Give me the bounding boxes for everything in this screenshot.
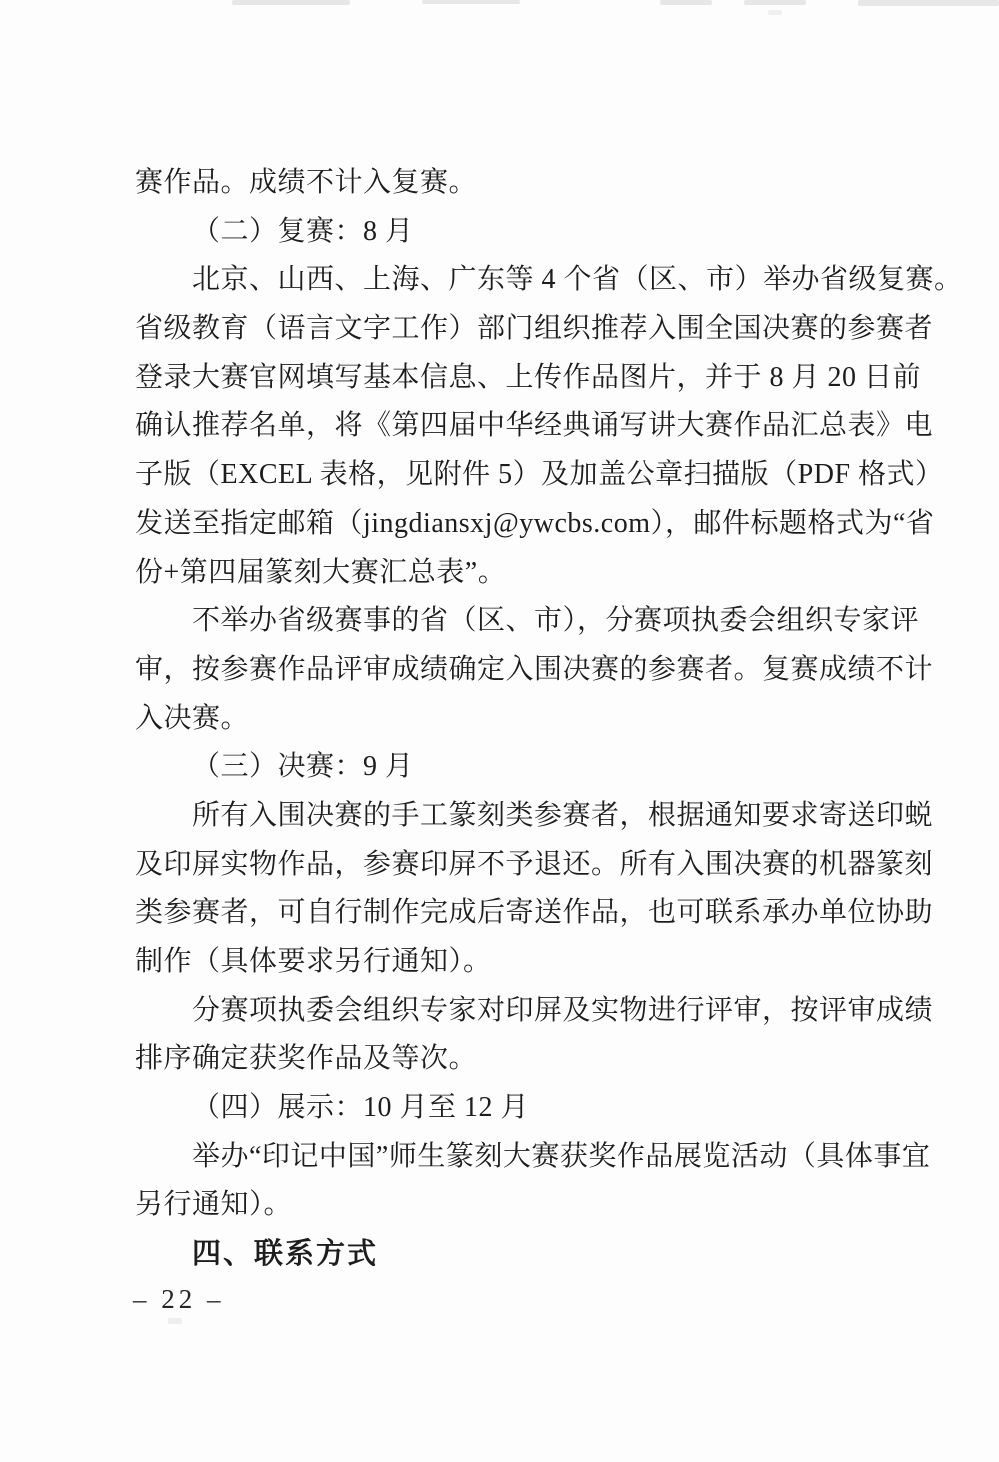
text-line: 所有入围决赛的手工篆刻类参赛者，根据通知要求寄送印蜕 <box>135 792 935 841</box>
scan-artifact <box>858 0 999 6</box>
text-line: 排序确定获奖作品及等次。 <box>135 1035 935 1084</box>
text-line: 省级教育（语言文字工作）部门组织推荐入围全国决赛的参赛者 <box>135 305 935 354</box>
text-line: 确认推荐名单，将《第四届中华经典诵写讲大赛作品汇总表》电 <box>135 402 935 451</box>
page-number: – 22 – <box>133 1284 225 1315</box>
scan-artifact <box>422 0 520 4</box>
text-line: 另行通知）。 <box>135 1181 935 1230</box>
text-line: （二）复赛：8 月 <box>135 208 935 257</box>
scan-artifact <box>168 1318 182 1324</box>
text-line: 审，按参赛作品评审成绩确定入围决赛的参赛者。复赛成绩不计 <box>135 646 935 695</box>
scan-artifact <box>232 0 350 5</box>
text-line: 类参赛者，可自行制作完成后寄送作品，也可联系承办单位协助 <box>135 889 935 938</box>
text-line: 举办“印记中国”师生篆刻大赛获奖作品展览活动（具体事宜 <box>135 1133 935 1182</box>
text-line: 不举办省级赛事的省（区、市），分赛项执委会组织专家评 <box>135 597 935 646</box>
document-body: 赛作品。成绩不计入复赛。 （二）复赛：8 月 北京、山西、上海、广东等 4 个省… <box>135 159 935 1279</box>
text-line: （三）决赛：9 月 <box>135 743 935 792</box>
text-line: 及印屏实物作品，参赛印屏不予退还。所有入围决赛的机器篆刻 <box>135 841 935 890</box>
text-line: 制作（具体要求另行通知）。 <box>135 938 935 987</box>
scan-artifact <box>660 0 712 5</box>
text-line: 入决赛。 <box>135 695 935 744</box>
text-line: 赛作品。成绩不计入复赛。 <box>135 159 935 208</box>
text-line: （四）展示：10 月至 12 月 <box>135 1084 935 1133</box>
section-heading: 四、联系方式 <box>135 1230 935 1279</box>
scan-artifact <box>744 0 806 5</box>
document-page: 赛作品。成绩不计入复赛。 （二）复赛：8 月 北京、山西、上海、广东等 4 个省… <box>0 0 999 1462</box>
scan-artifact <box>768 10 782 15</box>
text-line: 登录大赛官网填写基本信息、上传作品图片，并于 8 月 20 日前 <box>135 354 935 403</box>
text-line: 分赛项执委会组织专家对印屏及实物进行评审，按评审成绩 <box>135 987 935 1036</box>
text-line: 北京、山西、上海、广东等 4 个省（区、市）举办省级复赛。 <box>135 256 935 305</box>
text-line: 子版（EXCEL 表格，见附件 5）及加盖公章扫描版（PDF 格式） <box>135 451 935 500</box>
text-line: 发送至指定邮箱（jingdiansxj@ywcbs.com），邮件标题格式为“省 <box>135 500 935 549</box>
text-line: 份+第四届篆刻大赛汇总表”。 <box>135 549 935 598</box>
